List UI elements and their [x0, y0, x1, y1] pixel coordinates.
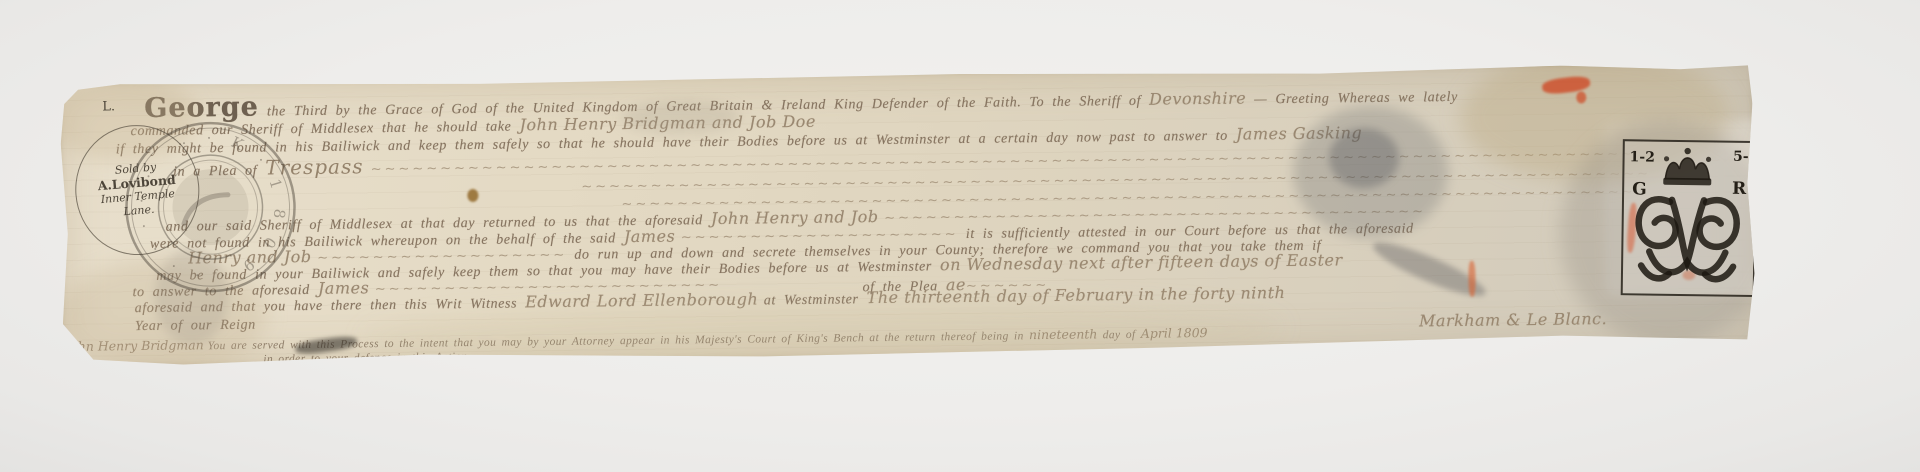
photo-backdrop: George the Third by the Grace of God of …	[0, 0, 1920, 472]
duty-value-left: 1-2	[1629, 149, 1655, 165]
text-segment: Devonshire	[1149, 89, 1246, 109]
parchment: George the Third by the Grace of God of …	[60, 63, 1755, 366]
text-segment: on Wednesday next after fifteen days of …	[940, 250, 1343, 274]
duty-value-right: 5-	[1733, 149, 1749, 165]
text-segment: day of	[1097, 329, 1141, 342]
document-line: Year of our Reign	[135, 314, 256, 335]
text-segment: in order to your defence in this Action	[263, 351, 467, 365]
text-segment: John Henry Bridgman	[65, 337, 208, 354]
text-segment: Markham & Le Blanc.	[1419, 309, 1607, 330]
text-segment: Edward Lord Ellenborough	[525, 289, 764, 311]
royal-cypher-icon	[1629, 187, 1746, 291]
revenue-stamp: 1-2 5- G R	[1621, 139, 1757, 297]
text-segment: — Greeting Whereas we lately	[1246, 90, 1458, 108]
text-segment: James Gasking	[1236, 123, 1363, 144]
document-line: Markham & Le Blanc.	[1419, 309, 1607, 330]
text-segment: Year of our Reign	[135, 318, 256, 334]
document-line: in order to your defence in this Action	[263, 345, 468, 366]
text-segment: at Westminster	[764, 292, 867, 308]
text-segment: April 1809	[1141, 325, 1208, 341]
text-segment: nineteenth	[1029, 326, 1098, 342]
corner-label: L.	[102, 99, 115, 114]
crown-icon	[1652, 145, 1723, 194]
text-segment: The thirteenth day of February in the fo…	[867, 283, 1286, 307]
